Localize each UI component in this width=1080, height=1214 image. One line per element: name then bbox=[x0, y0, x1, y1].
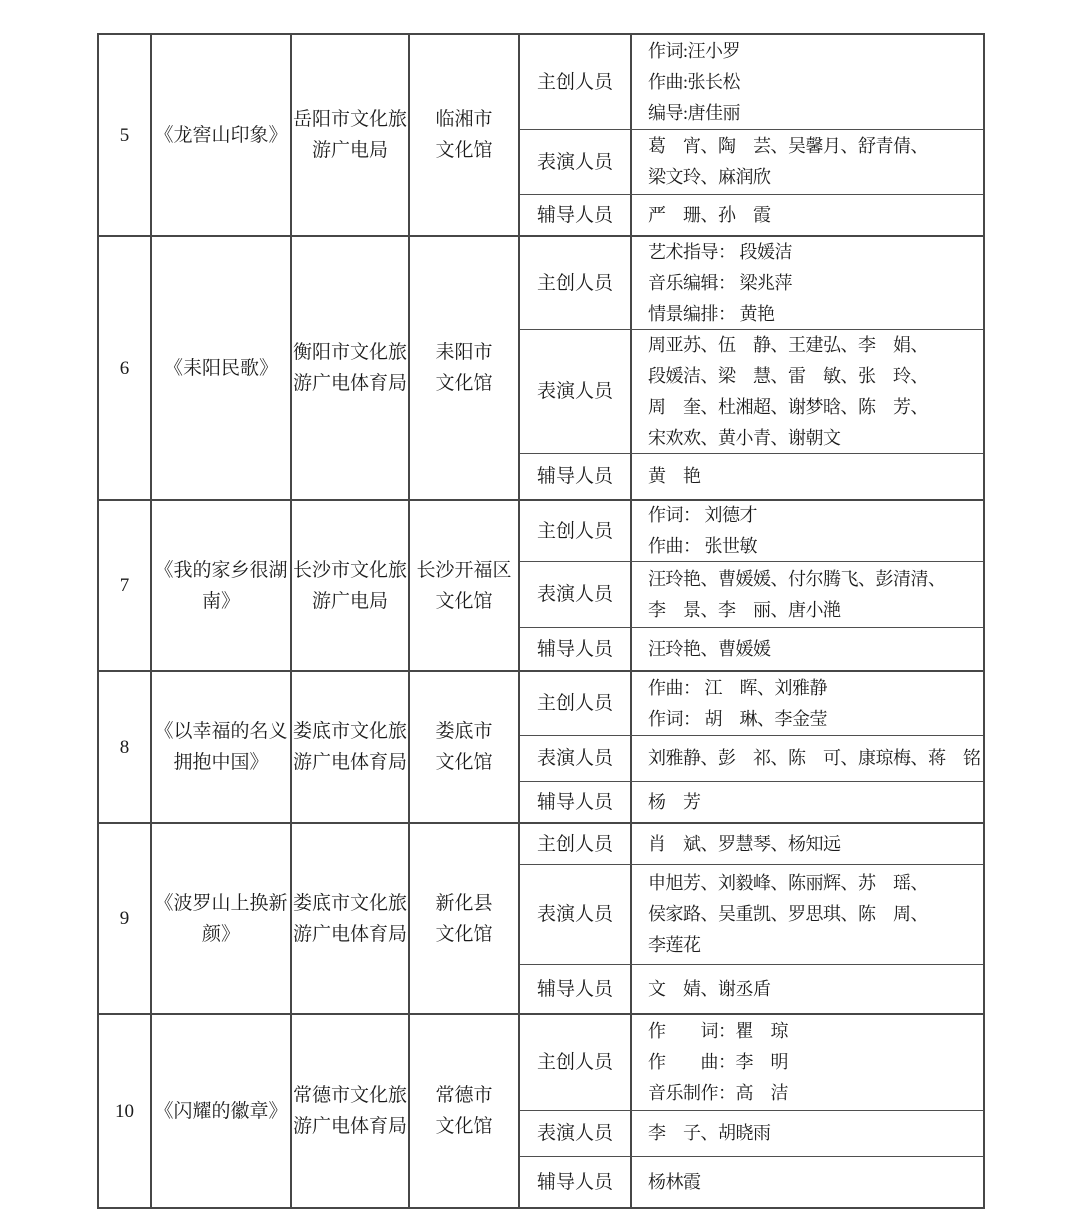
culture-center-cell: 临湘市 文化馆 bbox=[410, 35, 520, 235]
personnel-subrows: 主创人员 艺术指导： 段媛洁 音乐编辑： 梁兆萍 情景编排： 黄艳 表演人员 周… bbox=[520, 237, 983, 499]
organization-cell: 常德市文化旅 游广电体育局 bbox=[292, 1015, 410, 1207]
names-cell: 作曲： 江 晖、刘雅静 作词： 胡 琳、李金莹 bbox=[632, 672, 983, 735]
names-cell: 申旭芳、刘毅峰、陈丽辉、苏 瑶、 侯家路、吴重凯、罗思琪、陈 周、 李莲花 bbox=[632, 865, 983, 964]
names-cell: 作 词：瞿 琼 作 曲：李 明 音乐制作：高 洁 bbox=[632, 1015, 983, 1110]
table-row: 10 《闪耀的徽章》 常德市文化旅 游广电体育局 常德市 文化馆 主创人员 作 … bbox=[99, 1013, 983, 1207]
sub-row: 表演人员 申旭芳、刘毅峰、陈丽辉、苏 瑶、 侯家路、吴重凯、罗思琪、陈 周、 李… bbox=[520, 864, 983, 964]
role-label: 辅导人员 bbox=[520, 195, 632, 235]
organization-cell: 娄底市文化旅 游广电体育局 bbox=[292, 824, 410, 1013]
sub-row: 表演人员 刘雅静、彭 祁、陈 可、康琼梅、蒋 铭 bbox=[520, 735, 983, 781]
personnel-subrows: 主创人员 肖 斌、罗慧琴、杨知远 表演人员 申旭芳、刘毅峰、陈丽辉、苏 瑶、 侯… bbox=[520, 824, 983, 1013]
work-title: 《龙窖山印象》 bbox=[152, 35, 292, 235]
names-cell: 杨 芳 bbox=[632, 782, 983, 822]
row-number: 10 bbox=[99, 1015, 152, 1207]
names-cell: 文 婧、谢丞盾 bbox=[632, 965, 983, 1013]
table-row: 5 《龙窖山印象》 岳阳市文化旅 游广电局 临湘市 文化馆 主创人员 作词:汪小… bbox=[99, 35, 983, 235]
role-label: 辅导人员 bbox=[520, 965, 632, 1013]
role-label: 主创人员 bbox=[520, 824, 632, 864]
role-label: 表演人员 bbox=[520, 1111, 632, 1156]
role-label: 辅导人员 bbox=[520, 454, 632, 499]
personnel-subrows: 主创人员 作词:汪小罗 作曲:张长松 编导:唐佳丽 表演人员 葛 宵、陶 芸、吴… bbox=[520, 35, 983, 235]
sub-row: 主创人员 作词:汪小罗 作曲:张长松 编导:唐佳丽 bbox=[520, 35, 983, 129]
role-label: 主创人员 bbox=[520, 237, 632, 329]
personnel-subrows: 主创人员 作曲： 江 晖、刘雅静 作词： 胡 琳、李金莹 表演人员 刘雅静、彭 … bbox=[520, 672, 983, 822]
culture-center-cell: 娄底市 文化馆 bbox=[410, 672, 520, 822]
row-number: 6 bbox=[99, 237, 152, 499]
sub-row: 主创人员 作曲： 江 晖、刘雅静 作词： 胡 琳、李金莹 bbox=[520, 672, 983, 735]
role-label: 辅导人员 bbox=[520, 628, 632, 670]
sub-row: 表演人员 周亚苏、伍 静、王建弘、李 娟、 段媛洁、梁 慧、雷 敏、张 玲、 周… bbox=[520, 329, 983, 453]
names-cell: 肖 斌、罗慧琴、杨知远 bbox=[632, 824, 983, 864]
organization-cell: 岳阳市文化旅 游广电局 bbox=[292, 35, 410, 235]
document-page: 5 《龙窖山印象》 岳阳市文化旅 游广电局 临湘市 文化馆 主创人员 作词:汪小… bbox=[0, 0, 1080, 1214]
sub-row: 辅导人员 杨林霞 bbox=[520, 1156, 983, 1207]
organization-cell: 娄底市文化旅 游广电体育局 bbox=[292, 672, 410, 822]
culture-center-cell: 耒阳市 文化馆 bbox=[410, 237, 520, 499]
sub-row: 辅导人员 文 婧、谢丞盾 bbox=[520, 964, 983, 1013]
names-cell: 作词： 刘德才 作曲： 张世敏 bbox=[632, 501, 983, 561]
row-number: 5 bbox=[99, 35, 152, 235]
culture-center-cell: 新化县 文化馆 bbox=[410, 824, 520, 1013]
table-row: 6 《耒阳民歌》 衡阳市文化旅 游广电体育局 耒阳市 文化馆 主创人员 艺术指导… bbox=[99, 235, 983, 499]
names-cell: 刘雅静、彭 祁、陈 可、康琼梅、蒋 铭 bbox=[632, 736, 983, 781]
sub-row: 表演人员 葛 宵、陶 芸、吴馨月、舒青倩、 梁文玲、麻润欣 bbox=[520, 129, 983, 194]
sub-row: 辅导人员 杨 芳 bbox=[520, 781, 983, 822]
row-number: 9 bbox=[99, 824, 152, 1013]
sub-row: 辅导人员 严 珊、孙 霞 bbox=[520, 194, 983, 235]
work-title: 《波罗山上换新 颜》 bbox=[152, 824, 292, 1013]
culture-center-cell: 常德市 文化馆 bbox=[410, 1015, 520, 1207]
names-cell: 杨林霞 bbox=[632, 1157, 983, 1207]
personnel-subrows: 主创人员 作 词：瞿 琼 作 曲：李 明 音乐制作：高 洁 表演人员 李 子、胡… bbox=[520, 1015, 983, 1207]
work-title: 《耒阳民歌》 bbox=[152, 237, 292, 499]
names-cell: 汪玲艳、曹媛媛、付尔腾飞、彭清清、 李 景、李 丽、唐小滟 bbox=[632, 562, 983, 627]
role-label: 表演人员 bbox=[520, 330, 632, 453]
works-table: 5 《龙窖山印象》 岳阳市文化旅 游广电局 临湘市 文化馆 主创人员 作词:汪小… bbox=[97, 33, 985, 1209]
personnel-subrows: 主创人员 作词： 刘德才 作曲： 张世敏 表演人员 汪玲艳、曹媛媛、付尔腾飞、彭… bbox=[520, 501, 983, 670]
sub-row: 表演人员 李 子、胡晓雨 bbox=[520, 1110, 983, 1156]
role-label: 主创人员 bbox=[520, 35, 632, 129]
culture-center-cell: 长沙开福区 文化馆 bbox=[410, 501, 520, 670]
role-label: 辅导人员 bbox=[520, 1157, 632, 1207]
organization-cell: 衡阳市文化旅 游广电体育局 bbox=[292, 237, 410, 499]
sub-row: 主创人员 作词： 刘德才 作曲： 张世敏 bbox=[520, 501, 983, 561]
sub-row: 辅导人员 汪玲艳、曹媛媛 bbox=[520, 627, 983, 670]
names-cell: 艺术指导： 段媛洁 音乐编辑： 梁兆萍 情景编排： 黄艳 bbox=[632, 237, 983, 329]
names-cell: 汪玲艳、曹媛媛 bbox=[632, 628, 983, 670]
role-label: 辅导人员 bbox=[520, 782, 632, 822]
sub-row: 主创人员 肖 斌、罗慧琴、杨知远 bbox=[520, 824, 983, 864]
names-cell: 葛 宵、陶 芸、吴馨月、舒青倩、 梁文玲、麻润欣 bbox=[632, 130, 983, 194]
role-label: 表演人员 bbox=[520, 736, 632, 781]
work-title: 《以幸福的名义 拥抱中国》 bbox=[152, 672, 292, 822]
role-label: 表演人员 bbox=[520, 865, 632, 964]
role-label: 表演人员 bbox=[520, 130, 632, 194]
names-cell: 李 子、胡晓雨 bbox=[632, 1111, 983, 1156]
work-title: 《闪耀的徽章》 bbox=[152, 1015, 292, 1207]
work-title: 《我的家乡很湖 南》 bbox=[152, 501, 292, 670]
sub-row: 主创人员 作 词：瞿 琼 作 曲：李 明 音乐制作：高 洁 bbox=[520, 1015, 983, 1110]
table-row: 9 《波罗山上换新 颜》 娄底市文化旅 游广电体育局 新化县 文化馆 主创人员 … bbox=[99, 822, 983, 1013]
sub-row: 主创人员 艺术指导： 段媛洁 音乐编辑： 梁兆萍 情景编排： 黄艳 bbox=[520, 237, 983, 329]
organization-cell: 长沙市文化旅 游广电局 bbox=[292, 501, 410, 670]
names-cell: 严 珊、孙 霞 bbox=[632, 195, 983, 235]
role-label: 主创人员 bbox=[520, 672, 632, 735]
table-row: 8 《以幸福的名义 拥抱中国》 娄底市文化旅 游广电体育局 娄底市 文化馆 主创… bbox=[99, 670, 983, 822]
row-number: 7 bbox=[99, 501, 152, 670]
role-label: 表演人员 bbox=[520, 562, 632, 627]
table-row: 7 《我的家乡很湖 南》 长沙市文化旅 游广电局 长沙开福区 文化馆 主创人员 … bbox=[99, 499, 983, 670]
sub-row: 辅导人员 黄 艳 bbox=[520, 453, 983, 499]
names-cell: 作词:汪小罗 作曲:张长松 编导:唐佳丽 bbox=[632, 35, 983, 129]
role-label: 主创人员 bbox=[520, 501, 632, 561]
row-number: 8 bbox=[99, 672, 152, 822]
sub-row: 表演人员 汪玲艳、曹媛媛、付尔腾飞、彭清清、 李 景、李 丽、唐小滟 bbox=[520, 561, 983, 627]
role-label: 主创人员 bbox=[520, 1015, 632, 1110]
names-cell: 黄 艳 bbox=[632, 454, 983, 499]
names-cell: 周亚苏、伍 静、王建弘、李 娟、 段媛洁、梁 慧、雷 敏、张 玲、 周 奎、杜湘… bbox=[632, 330, 983, 453]
